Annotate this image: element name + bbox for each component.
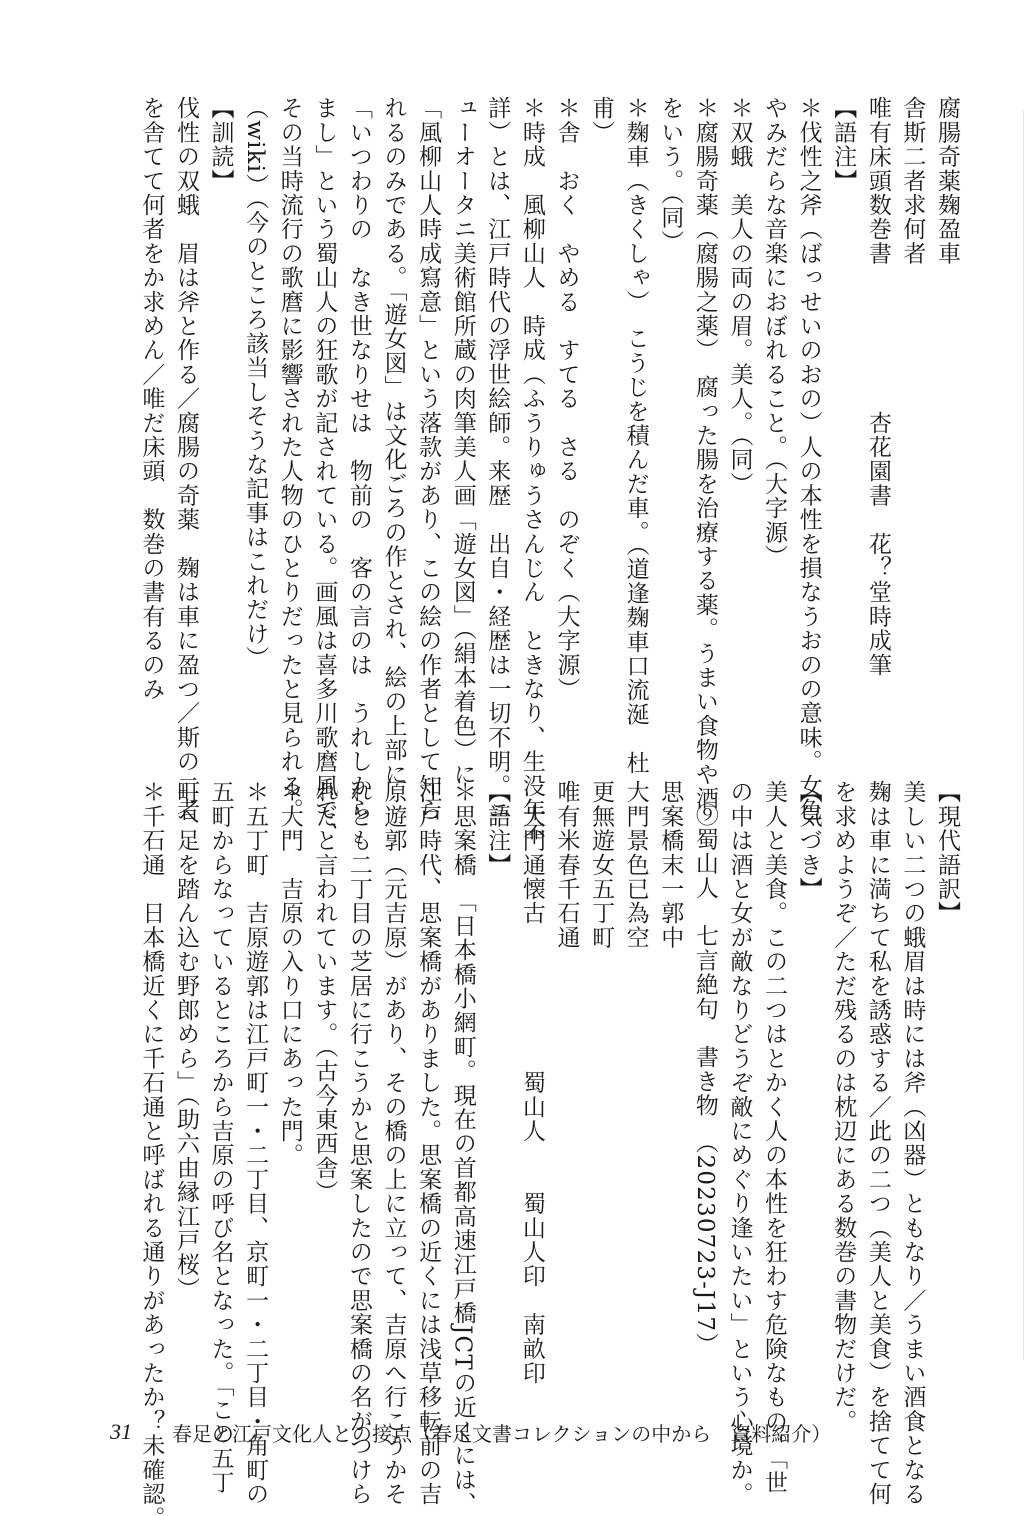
note-line: ＊双蛾 美人の両の眉。美人。（同） — [722, 96, 757, 756]
note-line: まし」という蜀山人の狂歌が記されている。画風は喜多川歌麿風で、 — [307, 96, 342, 756]
translation-line: 麹は車に満ちて私を誘惑する／此の二つ（美人と美食）を捨てて何 — [860, 780, 895, 1410]
reading-line: 伐性の双蛾 眉は斧と作る／腐腸の奇薬 麹は車に盈つ／斯の二者 — [168, 96, 203, 756]
reading-line: を舎てて何者をか求めん／唯だ床頭 数巻の書有るのみ — [134, 96, 169, 756]
translation-line: を求めようぞ／ただ残るのは枕辺にある数巻の書物だけだ。 — [826, 780, 861, 1410]
note-line: その当時流行の歌麿に影響された人物のひとりだったと見られる。 — [272, 96, 307, 756]
note-line: ＊腐腸奇薬（腐腸之薬） 腐った腸を治療する薬。うまい食物や酒 — [687, 96, 722, 756]
item-9-poem-line: 更無遊女五丁町 — [583, 780, 618, 1410]
item-9-poem-line: 思案橋末一郭中 — [653, 780, 688, 1410]
note-line: れたと言われています。（古今東西舎） — [307, 780, 342, 1410]
note-line: 甫） — [583, 96, 618, 756]
notes-heading: 【語注】 — [826, 96, 861, 756]
poem-line-with-attribution: 唯有床頭数巻書 杏花園書 花？堂時成筆 — [860, 96, 895, 756]
item-9-poem-title-and-seals: 大門通懐古 蜀山人 蜀山人印 南畝印 — [514, 780, 549, 1410]
lower-section: 【現代語訳】 美しい二つの蛾眉は時には斧（凶器）ともなり／うまい酒食となる 麹は… — [134, 780, 964, 1410]
scan-edge-line — [1023, 110, 1024, 1360]
item-9-poem-line: 大門景色已為空 — [618, 780, 653, 1410]
note-line: ＊舎 おく やめる すてる さる のぞく（大字源） — [549, 96, 584, 756]
note-line: やみだらな音楽におぼれること。（大字源） — [756, 96, 791, 756]
page-number: 31 — [110, 1419, 132, 1445]
note-line: 町へ足を踏ん込む野郎めら」（助六由縁江戸桜） — [168, 780, 203, 1410]
note-line: れとも二丁目の芝居に行こうかと思案したので思案橋の名がつけら — [341, 780, 376, 1410]
note-line: ＊五丁町 吉原遊郭は江戸町一・二丁目、京町一・二丁目・角町の — [238, 780, 273, 1410]
item-9-poem-line: 唯有米春千石通 — [549, 780, 584, 1410]
insight-line: の中は酒と女が敵なりどうぞ敵にめぐり逢いたい」という心境か。 — [722, 780, 757, 1410]
note-line: （wiki）（今のところ該当しそうな記事はこれだけ） — [238, 96, 273, 756]
running-footer-title: 春足と江戸文化人との接点（春足文書コレクションの中から 資料紹介） — [172, 1418, 831, 1447]
note-line: ＊大門 吉原の入り口にあった門。 — [272, 780, 307, 1410]
item-9-title: ⑨蜀山人 七言絶句 書き物 （20230723-J17） — [687, 780, 722, 1410]
note-line: 「風柳山人時成寫意」という落款があり、この絵の作者として知ら — [411, 96, 446, 756]
insight-heading: 【気づき】 — [791, 780, 826, 1410]
upper-section: 腐腸奇薬麹盈車 舎斯二者求何者 唯有床頭数巻書 杏花園書 花？堂時成筆 【語注】… — [134, 96, 964, 756]
note-line: ＊千石通 日本橋近くに千石通と呼ばれる通りがあったか？未確認。 — [134, 780, 169, 1410]
note-line: 「いつわりの なき世なりせは 物前の 客の言のは うれしから — [341, 96, 376, 756]
poem-line: 腐腸奇薬麹盈車 — [929, 96, 964, 756]
note-line: れるのみである。「遊女図」は文化ごろの作とされ、絵の上部に — [376, 96, 411, 756]
page-footer: 31 春足と江戸文化人との接点（春足文書コレクションの中から 資料紹介） — [110, 1412, 910, 1452]
insight-line: 美人と美食。この二つはとかく人の本性を狂わす危険なもの。「世 — [756, 780, 791, 1410]
note-line: ＊思案橋 「日本橋小網町。現在の首都高速江戸橋JCTの近くには、 — [445, 780, 480, 1410]
reading-heading: 【訓読】 — [203, 96, 238, 756]
note-line: ューオータニ美術館所蔵の肉筆美人画「遊女図」（絹本着色）に — [445, 96, 480, 756]
note-line: 詳）とは、江戸時代の浮世絵師。来歴 出自・経歴は一切不明。ニ — [480, 96, 515, 756]
notes-heading: 【語注】 — [480, 780, 515, 1410]
poem-line: 舎斯二者求何者 — [895, 96, 930, 756]
note-line: 原遊郭（元吉原）があり、その橋の上に立って、吉原へ行こうかそ — [376, 780, 411, 1410]
translation-heading: 【現代語訳】 — [929, 780, 964, 1410]
note-line: ＊伐性之斧（ばっせいのおの）人の本性を損なうおのの意味。女色 — [791, 96, 826, 756]
note-line: 江戸時代、思案橋がありました。思案橋の近くには浅草移転前の吉 — [411, 780, 446, 1410]
note-line: 五町からなっているところから吉原の呼び名となった。「この五丁 — [203, 780, 238, 1410]
note-line: ＊麹車（きくしゃ） こうじを積んだ車。（道逢麹車口流涎 杜 — [618, 96, 653, 756]
note-line: ＊時成 風柳山人 時成（ふうりゅうさんじん ときなり、生没年不 — [514, 96, 549, 756]
translation-line: 美しい二つの蛾眉は時には斧（凶器）ともなり／うまい酒食となる — [895, 780, 930, 1410]
note-line: をいう。（同） — [653, 96, 688, 756]
